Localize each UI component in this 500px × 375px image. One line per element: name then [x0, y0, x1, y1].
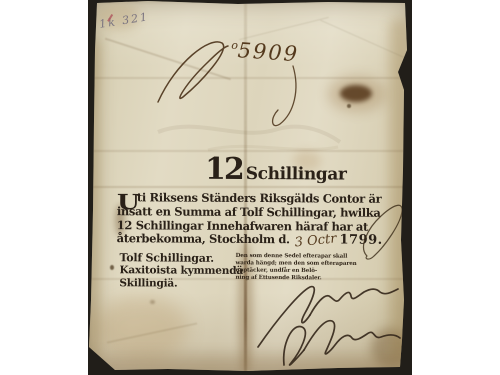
denomination-finnish-1: Kaxitoista kymmendä	[119, 265, 243, 278]
denomination-block: Tolf Schillingar. Kaxitoista kymmendä Sk…	[119, 252, 243, 290]
document-photo: 1k 321 o5909 12 Schillingar U ti Riksens…	[88, 0, 412, 375]
banknote-paper: 1k 321 o5909 12 Schillingar U ti Riksens…	[88, 0, 412, 375]
drop-cap-initial: U	[117, 189, 140, 214]
body-line-4-prefix: återbekomma, Stockholm d.	[117, 232, 290, 247]
printed-text-layer: 12 Schillingar U ti Riksens Ständers Rik…	[87, 0, 413, 375]
body-line-4: återbekomma, Stockholm d.3 Octr1799.	[117, 233, 385, 248]
handwritten-date: 3 Octr	[294, 233, 337, 251]
body-text: U ti Riksens Ständers Riksgälds Contor ä…	[117, 191, 385, 248]
fine-print-line-4: ning af Ettusende Riksdaler.	[235, 274, 353, 282]
page: { "colors": { "canvas": "#ffffff", "phot…	[0, 0, 500, 375]
heading-number: 12	[205, 152, 243, 187]
counterfeit-warning: Den som denne Sedel efterapar skall ward…	[235, 252, 353, 305]
denomination-finnish-2: Skillingiä.	[119, 277, 243, 290]
denomination-swedish: Tolf Schillingar.	[120, 252, 244, 265]
denomination-heading: 12 Schillingar	[205, 152, 365, 188]
heading-word: Schillingar	[246, 164, 347, 185]
printed-year: 1799.	[339, 233, 382, 248]
